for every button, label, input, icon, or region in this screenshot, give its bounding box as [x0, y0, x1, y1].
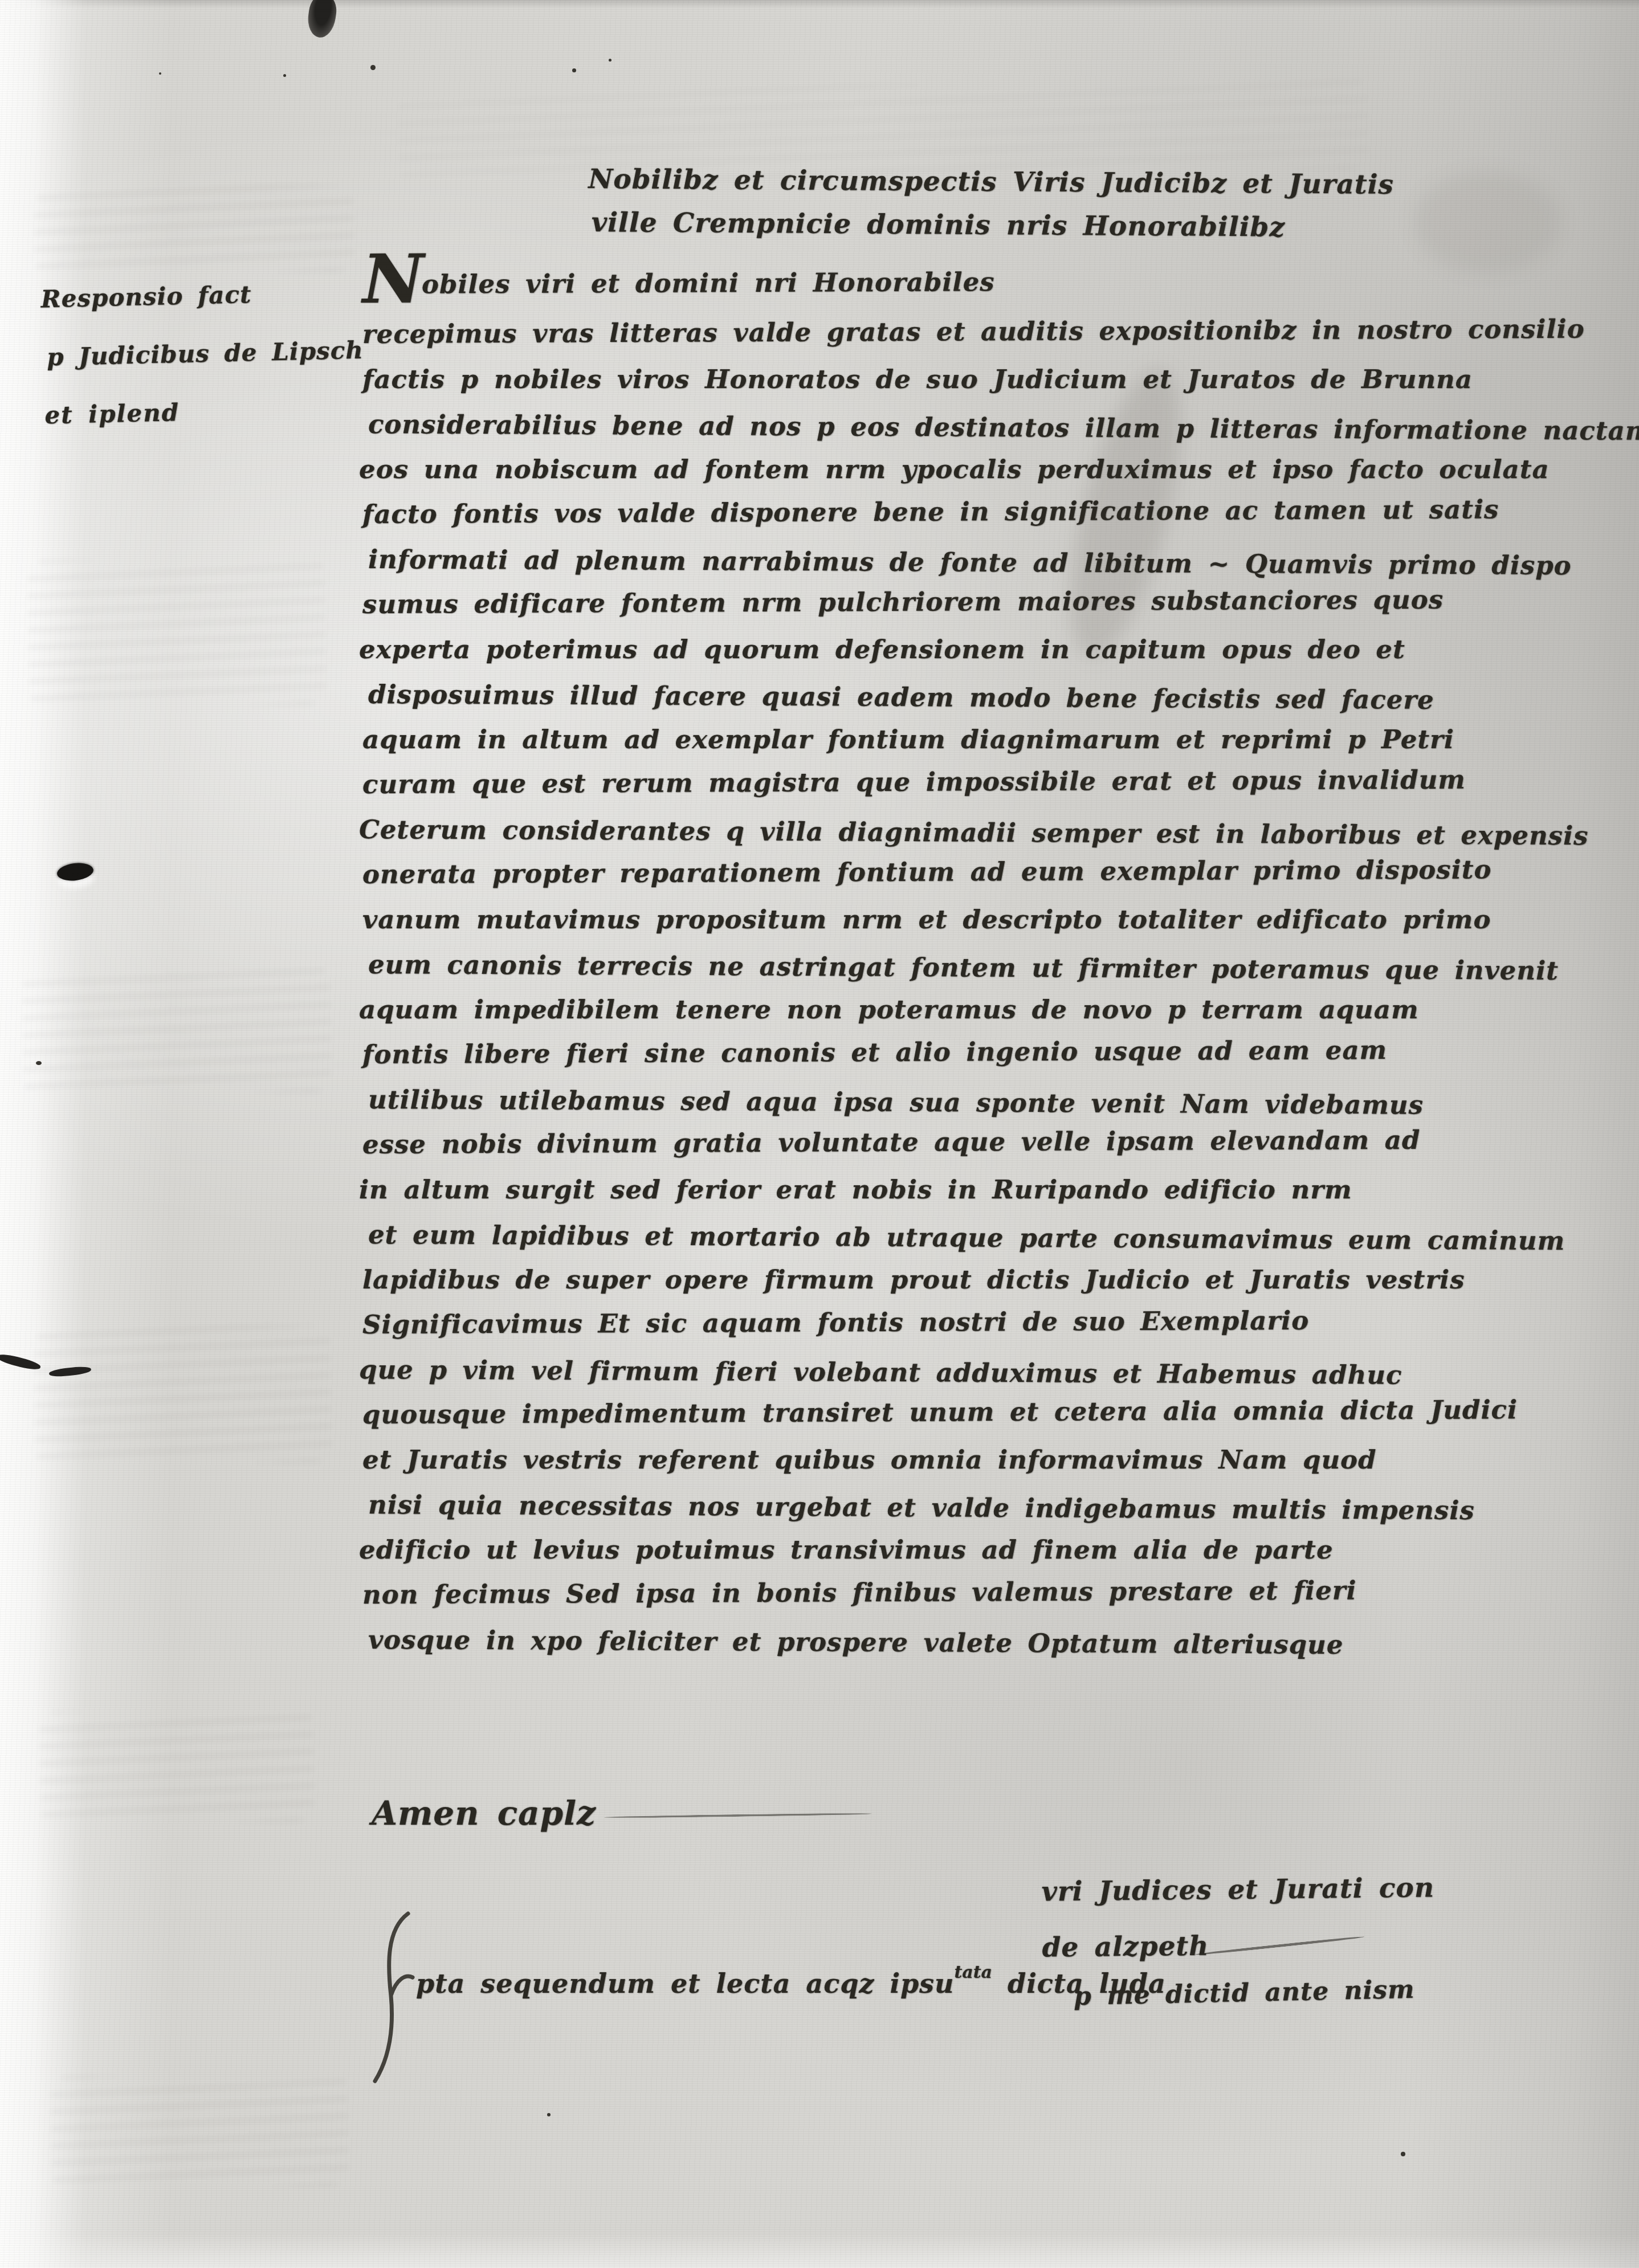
- manuscript-line: factis p nobiles viros Honoratos de suo …: [362, 357, 1611, 402]
- bleed-through-smudge: [22, 966, 332, 1096]
- manuscript-line: Significavimus Et sic aquam fontis nostr…: [362, 1296, 1611, 1347]
- bleed-through-smudge: [33, 1325, 332, 1467]
- margin-note: Responsio factp Judicibus de Lipschet ip…: [40, 263, 366, 445]
- ink-speck: [36, 1061, 42, 1065]
- manuscript-line: vosque in xpo feliciter et prospere vale…: [368, 1617, 1611, 1669]
- bleed-through-smudge: [27, 556, 326, 709]
- edge-tear: [48, 1365, 91, 1378]
- ink-speck: [572, 68, 576, 72]
- manuscript-line: considerabilius bene ad nos p eos destin…: [368, 402, 1611, 453]
- ink-speck: [159, 72, 161, 75]
- initial-capital: N: [362, 239, 422, 319]
- amen-text: Amen caplz: [372, 1794, 596, 1833]
- manuscript-line: recepimus vras litteras valde gratas et …: [362, 306, 1611, 357]
- manuscript-line: esse nobis divinum gratia voluntate aque…: [362, 1116, 1611, 1167]
- body-lines: recepimus vras litteras valde gratas et …: [362, 312, 1611, 1662]
- manuscript-line: nisi quia necessitas nos urgebat et vald…: [368, 1482, 1611, 1533]
- manuscript-line: experta poterimus ad quorum defensionem …: [359, 627, 1611, 672]
- manuscript-line: fontis libere fieri sine canonis et alio…: [362, 1026, 1611, 1077]
- manuscript-line: onerata propter reparationem fontium ad …: [362, 846, 1611, 897]
- manuscript-line: non fecimus Sed ipsa in bonis finibus va…: [362, 1567, 1611, 1617]
- paper-blemish: [305, 0, 339, 39]
- edge-tear: [0, 1352, 42, 1372]
- amen-line: Amen caplz: [372, 1794, 872, 1833]
- ink-speck: [283, 74, 286, 77]
- ink-speck: [609, 59, 611, 62]
- manuscript-line: et eum lapidibus et mortario ab utraque …: [368, 1212, 1611, 1263]
- letter-body: Nobiles viri et domini nri Honorabiles r…: [362, 258, 1611, 1662]
- signature-line: vri Judices et Jurati con: [1041, 1860, 1434, 1920]
- manuscript-line: lapidibus de super opere firmum prout di…: [362, 1257, 1611, 1302]
- manuscript-page: Nobilibz et circumspectis Viris Judicibz…: [0, 0, 1639, 2268]
- address-line: ville Crempnicie dominis nris Honorabili…: [591, 201, 1393, 250]
- margin-note-line: Responsio fact: [40, 263, 363, 329]
- manuscript-line: sumus edificare fontem nrm pulchriorem m…: [362, 576, 1611, 627]
- postscript-text: pta sequendum et lecta acqz ipsu: [416, 1968, 954, 1999]
- ink-speck: [547, 2113, 551, 2116]
- manuscript-line: et Juratis vestris referent quibus omnia…: [362, 1437, 1611, 1482]
- signature-block: vri Judices et Jurati conde alzpeth: [1041, 1860, 1435, 1976]
- manuscript-line: Nobiles viri et domini nri Honorabiles: [362, 252, 1611, 312]
- ink-speck: [1401, 2152, 1405, 2156]
- address-line: Nobilibz et circumspectis Viris Judicibz…: [588, 158, 1394, 207]
- postscript-line: pta sequendum et lecta acqz ipsutata dic…: [416, 1963, 1166, 1999]
- manuscript-line: aquam in altum ad exemplar fontium diagn…: [362, 717, 1611, 762]
- postscript-superscript: tata: [954, 1963, 992, 1983]
- manuscript-line: eum canonis terrecis ne astringat fontem…: [368, 942, 1611, 993]
- margin-note-line: p Judicibus de Lipsch: [46, 321, 364, 387]
- flourish-initial: [364, 1910, 415, 2092]
- manuscript-line: facto fontis vos valde disponere bene in…: [362, 486, 1611, 537]
- manuscript-line: eos una nobiscum ad fontem nrm ypocalis …: [359, 447, 1611, 492]
- manuscript-line: edificio ut levius potuimus transivimus …: [359, 1527, 1611, 1572]
- manuscript-line: disposuimus illud facere quasi eadem mod…: [368, 672, 1611, 723]
- margin-note-line: et iplend: [44, 380, 365, 445]
- line-text: obiles viri et domini nri Honorabiles: [422, 267, 995, 299]
- pen-flourish: [604, 1813, 872, 1819]
- bleed-through-smudge: [39, 1707, 314, 1826]
- bleed-through-smudge: [34, 185, 354, 276]
- worm-hole: [56, 861, 94, 883]
- bleed-through-smudge: [50, 2071, 348, 2191]
- manuscript-line: curam que est rerum magistra que impossi…: [362, 756, 1611, 807]
- ink-speck: [370, 65, 376, 70]
- manuscript-line: vanum mutavimus propositum nrm et descri…: [362, 897, 1611, 942]
- manuscript-line: aquam impedibilem tenere non poteramus d…: [359, 987, 1611, 1032]
- manuscript-line: in altum surgit sed ferior erat nobis in…: [359, 1167, 1611, 1212]
- address-block: Nobilibz et circumspectis Viris Judicibz…: [588, 158, 1394, 250]
- manuscript-line: quousque impedimentum transiret unum et …: [362, 1386, 1611, 1437]
